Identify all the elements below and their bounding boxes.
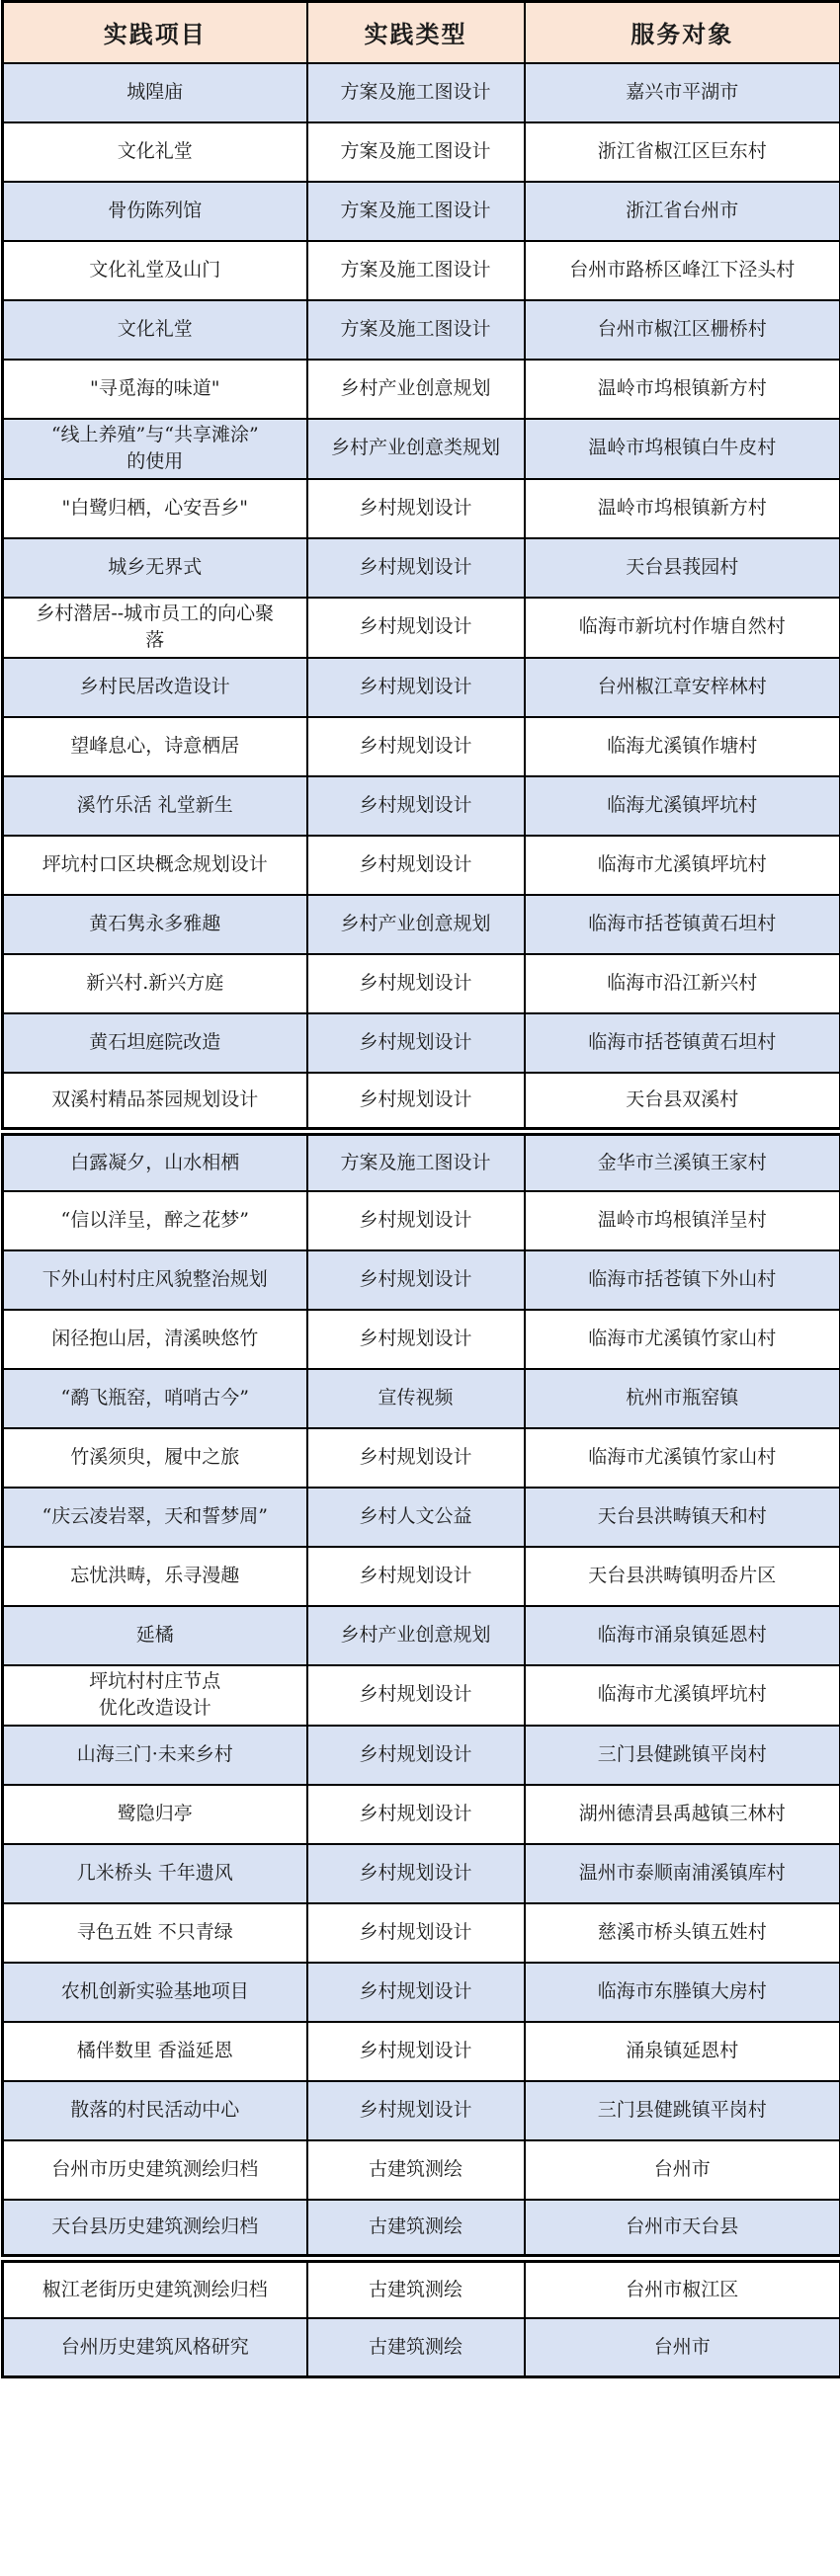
table-row: 鹭隐归亭乡村规划设计湖州德清县禹越镇三林村 <box>3 1785 840 1844</box>
cell-service-target: 台州市路桥区峰江下泾头村 <box>525 241 840 300</box>
table-row: 台州历史建筑风格研究古建筑测绘台州市 <box>3 2318 840 2377</box>
cell-practice-project: 坪坑村村庄节点 优化改造设计 <box>3 1665 307 1726</box>
table-row: 农机创新实验基地项目乡村规划设计临海市东塍镇大房村 <box>3 1963 840 2022</box>
table-row: 延橘乡村产业创意规划临海市涌泉镇延恩村 <box>3 1606 840 1665</box>
cell-practice-project: 农机创新实验基地项目 <box>3 1963 307 2022</box>
cell-practice-type: 乡村规划设计 <box>307 1785 525 1844</box>
table-row: 天台县历史建筑测绘归档古建筑测绘台州市天台县 <box>3 2200 840 2259</box>
cell-service-target: 天台县双溪村 <box>525 1073 840 1132</box>
cell-service-target: 慈溪市桥头镇五姓村 <box>525 1903 840 1963</box>
cell-practice-project: “线上养殖”与“共享滩涂” 的使用 <box>3 419 307 479</box>
cell-practice-project: “鹬飞瓶窑，哨哨古今” <box>3 1369 307 1428</box>
cell-practice-project: 双溪村精品茶园规划设计 <box>3 1073 307 1132</box>
cell-practice-type: 乡村规划设计 <box>307 479 525 538</box>
cell-practice-type: 乡村人文公益 <box>307 1488 525 1547</box>
table-row: 乡村潜居--城市员工的向心聚 落乡村规划设计临海市新坑村作塘自然村 <box>3 598 840 658</box>
table-row: 下外山村村庄风貌整治规划乡村规划设计临海市括苍镇下外山村 <box>3 1250 840 1310</box>
cell-practice-project: 天台县历史建筑测绘归档 <box>3 2200 307 2259</box>
cell-practice-project: 城乡无界式 <box>3 538 307 598</box>
cell-practice-type: 乡村产业创意类规划 <box>307 419 525 479</box>
cell-service-target: 临海市尤溪镇坪坑村 <box>525 836 840 895</box>
cell-practice-project: 台州历史建筑风格研究 <box>3 2318 307 2377</box>
cell-service-target: 台州市天台县 <box>525 2200 840 2259</box>
cell-service-target: 天台县莪园村 <box>525 538 840 598</box>
cell-practice-project: 黄石坦庭院改造 <box>3 1013 307 1073</box>
table-row: 新兴村.新兴方庭乡村规划设计临海市沿江新兴村 <box>3 954 840 1013</box>
header-practice-type: 实践类型 <box>307 2 525 63</box>
cell-practice-type: 乡村规划设计 <box>307 658 525 717</box>
cell-service-target: 三门县健跳镇平岗村 <box>525 1726 840 1785</box>
cell-practice-type: 乡村规划设计 <box>307 1013 525 1073</box>
cell-service-target: 天台县洪畴镇天和村 <box>525 1488 840 1547</box>
cell-service-target: 三门县健跳镇平岗村 <box>525 2081 840 2140</box>
cell-practice-project: 乡村民居改造设计 <box>3 658 307 717</box>
table-row: 乡村民居改造设计乡村规划设计台州椒江章安梓林村 <box>3 658 840 717</box>
cell-practice-type: 乡村产业创意规划 <box>307 1606 525 1665</box>
cell-practice-type: 乡村产业创意规划 <box>307 895 525 954</box>
cell-service-target: 临海市新坑村作塘自然村 <box>525 598 840 658</box>
cell-practice-type: 乡村规划设计 <box>307 598 525 658</box>
cell-practice-project: 文化礼堂及山门 <box>3 241 307 300</box>
cell-practice-project: 城隍庙 <box>3 63 307 122</box>
cell-service-target: 温岭市坞根镇白牛皮村 <box>525 419 840 479</box>
cell-practice-type: 乡村规划设计 <box>307 954 525 1013</box>
cell-service-target: 临海市括苍镇下外山村 <box>525 1250 840 1310</box>
cell-service-target: 临海尤溪镇坪坑村 <box>525 776 840 836</box>
cell-service-target: 杭州市瓶窑镇 <box>525 1369 840 1428</box>
table-body: 城隍庙方案及施工图设计嘉兴市平湖市文化礼堂方案及施工图设计浙江省椒江区巨东村骨伤… <box>3 63 840 2377</box>
cell-service-target: 嘉兴市平湖市 <box>525 63 840 122</box>
cell-service-target: 临海市括苍镇黄石坦村 <box>525 895 840 954</box>
cell-practice-type: 乡村规划设计 <box>307 1963 525 2022</box>
cell-practice-type: 乡村规划设计 <box>307 1547 525 1606</box>
cell-service-target: 台州市椒江区栅桥村 <box>525 300 840 360</box>
cell-practice-project: “信以洋呈，醉之花梦” <box>3 1191 307 1250</box>
cell-service-target: 临海市尤溪镇坪坑村 <box>525 1665 840 1726</box>
practice-projects-page: 实践项目 实践类型 服务对象 城隍庙方案及施工图设计嘉兴市平湖市文化礼堂方案及施… <box>0 0 840 2378</box>
cell-practice-type: 乡村规划设计 <box>307 538 525 598</box>
cell-practice-project: 延橘 <box>3 1606 307 1665</box>
cell-practice-type: 乡村规划设计 <box>307 717 525 776</box>
table-row: “线上养殖”与“共享滩涂” 的使用乡村产业创意类规划温岭市坞根镇白牛皮村 <box>3 419 840 479</box>
cell-service-target: 台州市 <box>525 2140 840 2200</box>
table-row: "寻觅海的味道"乡村产业创意规划温岭市坞根镇新方村 <box>3 360 840 419</box>
cell-service-target: 临海市沿江新兴村 <box>525 954 840 1013</box>
cell-service-target: 临海市涌泉镇延恩村 <box>525 1606 840 1665</box>
cell-practice-project: 寻色五姓 不只青绿 <box>3 1903 307 1963</box>
cell-practice-type: 乡村规划设计 <box>307 1844 525 1903</box>
cell-practice-type: 乡村规划设计 <box>307 1428 525 1488</box>
cell-practice-type: 古建筑测绘 <box>307 2200 525 2259</box>
header-practice-project: 实践项目 <box>3 2 307 63</box>
cell-practice-type: 方案及施工图设计 <box>307 241 525 300</box>
table-row: 椒江老街历史建筑测绘归档古建筑测绘台州市椒江区 <box>3 2259 840 2318</box>
cell-practice-project: "白鹭归栖，心安吾乡" <box>3 479 307 538</box>
table-row: “信以洋呈，醉之花梦”乡村规划设计温岭市坞根镇洋呈村 <box>3 1191 840 1250</box>
cell-practice-project: 山海三门·未来乡村 <box>3 1726 307 1785</box>
cell-practice-project: 白露凝夕，山水相栖 <box>3 1132 307 1191</box>
cell-practice-project: 忘忧洪畴，乐寻漫趣 <box>3 1547 307 1606</box>
cell-practice-project: 望峰息心，诗意栖居 <box>3 717 307 776</box>
cell-practice-type: 古建筑测绘 <box>307 2318 525 2377</box>
cell-practice-project: 溪竹乐活 礼堂新生 <box>3 776 307 836</box>
cell-practice-type: 方案及施工图设计 <box>307 182 525 241</box>
cell-practice-project: 黄石隽永多雅趣 <box>3 895 307 954</box>
cell-practice-project: 鹭隐归亭 <box>3 1785 307 1844</box>
table-row: “庆云凌岩翠，天和誓梦周”乡村人文公益天台县洪畴镇天和村 <box>3 1488 840 1547</box>
table-row: 城隍庙方案及施工图设计嘉兴市平湖市 <box>3 63 840 122</box>
table-row: 坪坑村村庄节点 优化改造设计乡村规划设计临海市尤溪镇坪坑村 <box>3 1665 840 1726</box>
cell-practice-type: 乡村规划设计 <box>307 1903 525 1963</box>
cell-service-target: 温岭市坞根镇洋呈村 <box>525 1191 840 1250</box>
table-row: 忘忧洪畴，乐寻漫趣乡村规划设计天台县洪畴镇明岙片区 <box>3 1547 840 1606</box>
table-row: 骨伤陈列馆方案及施工图设计浙江省台州市 <box>3 182 840 241</box>
cell-practice-type: 乡村规划设计 <box>307 1726 525 1785</box>
cell-practice-project: 台州市历史建筑测绘归档 <box>3 2140 307 2200</box>
table-row: 台州市历史建筑测绘归档古建筑测绘台州市 <box>3 2140 840 2200</box>
cell-practice-type: 乡村规划设计 <box>307 836 525 895</box>
cell-service-target: 临海市东塍镇大房村 <box>525 1963 840 2022</box>
table-row: 望峰息心，诗意栖居乡村规划设计临海尤溪镇作塘村 <box>3 717 840 776</box>
cell-service-target: 台州市椒江区 <box>525 2259 840 2318</box>
table-row: 散落的村民活动中心乡村规划设计三门县健跳镇平岗村 <box>3 2081 840 2140</box>
table-row: 几米桥头 千年遗风乡村规划设计温州市泰顺南浦溪镇库村 <box>3 1844 840 1903</box>
cell-practice-project: 闲径抱山居，清溪映悠竹 <box>3 1310 307 1369</box>
cell-practice-project: 乡村潜居--城市员工的向心聚 落 <box>3 598 307 658</box>
cell-practice-type: 乡村规划设计 <box>307 1191 525 1250</box>
table-row: “鹬飞瓶窑，哨哨古今”宣传视频杭州市瓶窑镇 <box>3 1369 840 1428</box>
table-row: 黄石坦庭院改造乡村规划设计临海市括苍镇黄石坦村 <box>3 1013 840 1073</box>
table-row: 黄石隽永多雅趣乡村产业创意规划临海市括苍镇黄石坦村 <box>3 895 840 954</box>
cell-practice-project: 文化礼堂 <box>3 300 307 360</box>
cell-practice-project: 橘伴数里 香溢延恩 <box>3 2022 307 2081</box>
table-row: 寻色五姓 不只青绿乡村规划设计慈溪市桥头镇五姓村 <box>3 1903 840 1963</box>
cell-practice-type: 乡村规划设计 <box>307 1665 525 1726</box>
cell-practice-type: 方案及施工图设计 <box>307 122 525 182</box>
cell-service-target: 临海市尤溪镇竹家山村 <box>525 1428 840 1488</box>
cell-practice-type: 乡村规划设计 <box>307 2081 525 2140</box>
cell-practice-type: 方案及施工图设计 <box>307 300 525 360</box>
cell-service-target: 温州市泰顺南浦溪镇库村 <box>525 1844 840 1903</box>
cell-service-target: 温岭市坞根镇新方村 <box>525 479 840 538</box>
cell-practice-project: 骨伤陈列馆 <box>3 182 307 241</box>
cell-service-target: 台州市 <box>525 2318 840 2377</box>
cell-service-target: 浙江省椒江区巨东村 <box>525 122 840 182</box>
cell-practice-type: 乡村规划设计 <box>307 2022 525 2081</box>
cell-service-target: 金华市兰溪镇王家村 <box>525 1132 840 1191</box>
cell-practice-project: 下外山村村庄风貌整治规划 <box>3 1250 307 1310</box>
table-row: 闲径抱山居，清溪映悠竹乡村规划设计临海市尤溪镇竹家山村 <box>3 1310 840 1369</box>
table-row: 坪坑村口区块概念规划设计乡村规划设计临海市尤溪镇坪坑村 <box>3 836 840 895</box>
table-row: 橘伴数里 香溢延恩乡村规划设计涌泉镇延恩村 <box>3 2022 840 2081</box>
cell-practice-type: 方案及施工图设计 <box>307 63 525 122</box>
table-row: 溪竹乐活 礼堂新生乡村规划设计临海尤溪镇坪坑村 <box>3 776 840 836</box>
cell-practice-project: 散落的村民活动中心 <box>3 2081 307 2140</box>
cell-practice-type: 乡村产业创意规划 <box>307 360 525 419</box>
table-row: 城乡无界式乡村规划设计天台县莪园村 <box>3 538 840 598</box>
cell-service-target: 临海市尤溪镇竹家山村 <box>525 1310 840 1369</box>
cell-service-target: 温岭市坞根镇新方村 <box>525 360 840 419</box>
table-row: 白露凝夕，山水相栖方案及施工图设计金华市兰溪镇王家村 <box>3 1132 840 1191</box>
table-row: "白鹭归栖，心安吾乡"乡村规划设计温岭市坞根镇新方村 <box>3 479 840 538</box>
table-row: 山海三门·未来乡村乡村规划设计三门县健跳镇平岗村 <box>3 1726 840 1785</box>
cell-practice-project: 文化礼堂 <box>3 122 307 182</box>
cell-service-target: 涌泉镇延恩村 <box>525 2022 840 2081</box>
header-row: 实践项目 实践类型 服务对象 <box>3 2 840 63</box>
cell-practice-project: 竹溪须臾，履中之旅 <box>3 1428 307 1488</box>
cell-service-target: 天台县洪畴镇明岙片区 <box>525 1547 840 1606</box>
cell-service-target: 临海尤溪镇作塘村 <box>525 717 840 776</box>
cell-service-target: 临海市括苍镇黄石坦村 <box>525 1013 840 1073</box>
cell-practice-project: 几米桥头 千年遗风 <box>3 1844 307 1903</box>
cell-service-target: 湖州德清县禹越镇三林村 <box>525 1785 840 1844</box>
cell-practice-type: 乡村规划设计 <box>307 776 525 836</box>
cell-practice-type: 乡村规划设计 <box>307 1250 525 1310</box>
table-row: 文化礼堂及山门方案及施工图设计台州市路桥区峰江下泾头村 <box>3 241 840 300</box>
table-row: 双溪村精品茶园规划设计乡村规划设计天台县双溪村 <box>3 1073 840 1132</box>
cell-practice-type: 乡村规划设计 <box>307 1073 525 1132</box>
cell-service-target: 台州椒江章安梓林村 <box>525 658 840 717</box>
cell-practice-project: 椒江老街历史建筑测绘归档 <box>3 2259 307 2318</box>
cell-service-target: 浙江省台州市 <box>525 182 840 241</box>
cell-practice-type: 方案及施工图设计 <box>307 1132 525 1191</box>
cell-practice-project: “庆云凌岩翠，天和誓梦周” <box>3 1488 307 1547</box>
cell-practice-type: 古建筑测绘 <box>307 2259 525 2318</box>
cell-practice-type: 古建筑测绘 <box>307 2140 525 2200</box>
table-row: 竹溪须臾，履中之旅乡村规划设计临海市尤溪镇竹家山村 <box>3 1428 840 1488</box>
cell-practice-project: 新兴村.新兴方庭 <box>3 954 307 1013</box>
cell-practice-project: 坪坑村口区块概念规划设计 <box>3 836 307 895</box>
table-row: 文化礼堂方案及施工图设计台州市椒江区栅桥村 <box>3 300 840 360</box>
practice-projects-table: 实践项目 实践类型 服务对象 城隍庙方案及施工图设计嘉兴市平湖市文化礼堂方案及施… <box>1 0 840 2378</box>
table-row: 文化礼堂方案及施工图设计浙江省椒江区巨东村 <box>3 122 840 182</box>
cell-practice-type: 乡村规划设计 <box>307 1310 525 1369</box>
header-service-target: 服务对象 <box>525 2 840 63</box>
cell-practice-type: 宣传视频 <box>307 1369 525 1428</box>
cell-practice-project: "寻觅海的味道" <box>3 360 307 419</box>
